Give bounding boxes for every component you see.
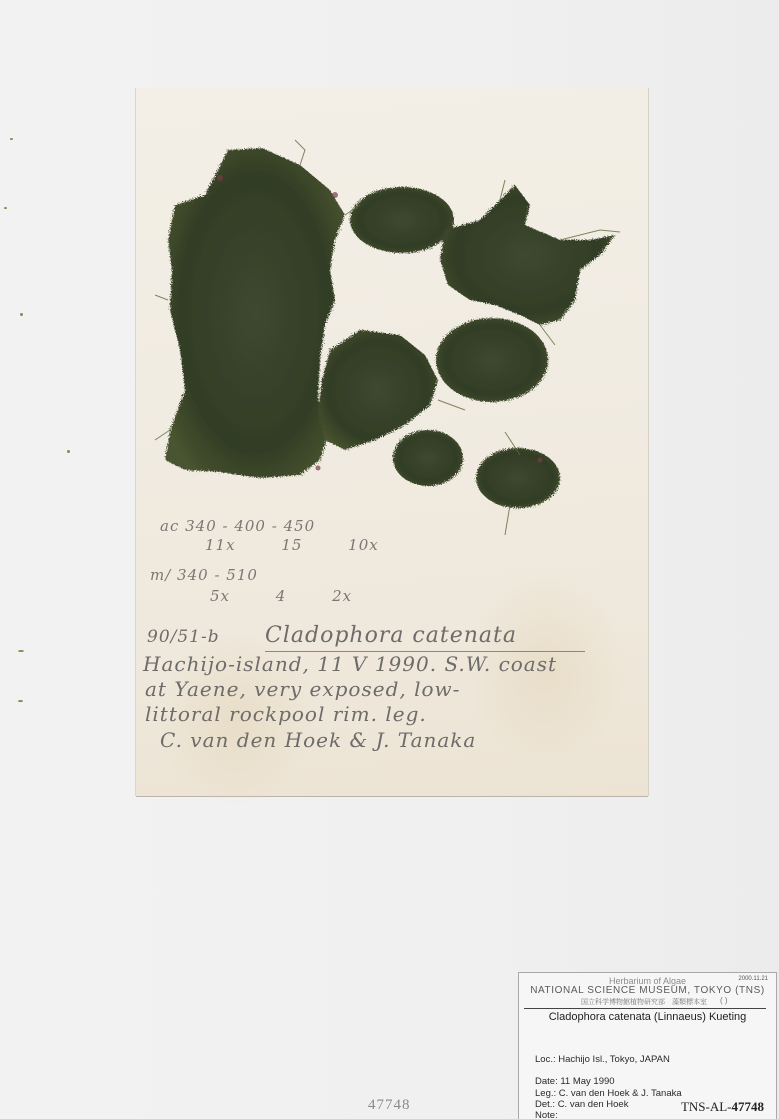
note: Note: (535, 1110, 558, 1119)
collection-date: Date: 11 May 1990 (535, 1076, 615, 1087)
debris-speck (67, 450, 70, 453)
taxon-name: Cladophora catenata (Linnaeus) Kueting (519, 1011, 776, 1023)
handwritten-measure-1: ac 340 - 400 - 450 (160, 517, 315, 535)
collector: Leg.: C. van den Hoek & J. Tanaka (535, 1088, 682, 1099)
handwritten-taxon: Cladophora catenata (265, 623, 517, 648)
handwritten-measure-1-counts: 11x 15 10x (205, 536, 379, 554)
accession-prefix: TNS-AL- (681, 1099, 732, 1114)
museum-name-jp: 国立科学博物館植物研究部 藻類標本室 (581, 997, 707, 1007)
handwritten-locality-3: littoral rockpool rim. leg. (145, 702, 427, 726)
handwritten-measure-2-counts: 5x 4 2x (210, 587, 352, 605)
debris-speck (18, 650, 24, 652)
debris-speck (4, 207, 7, 209)
stamp-date: 2000.11.21 (738, 976, 768, 982)
museum-paren: ( ) (720, 996, 728, 1005)
locality: Loc.: Hachijo Isl., Tokyo, JAPAN (535, 1054, 670, 1065)
handwritten-locality-2: at Yaene, very exposed, low- (145, 677, 460, 701)
catalog-number: 47748 (368, 1097, 411, 1114)
accession-digits: 47748 (732, 1099, 765, 1114)
handwritten-locality-1: Hachijo-island, 11 V 1990. S.W. coast (143, 652, 557, 676)
herbarium-label: Herbarium of Algae 2000.11.21 NATIONAL S… (518, 972, 777, 1119)
debris-speck (18, 700, 23, 702)
label-divider (524, 1008, 766, 1009)
handwritten-locality-4: C. van den Hoek & J. Tanaka (160, 728, 476, 752)
handwritten-ref: 90/51-b (147, 627, 220, 647)
handwritten-measure-2: m/ 340 - 510 (150, 566, 258, 584)
debris-speck (20, 313, 23, 316)
museum-name: NATIONAL SCIENCE MUSEUM, TOKYO (TNS) (519, 985, 776, 996)
determiner: Det.: C. van den Hoek (535, 1099, 628, 1110)
debris-speck (10, 138, 13, 140)
accession-number: TNS-AL-47748 (681, 1099, 764, 1115)
